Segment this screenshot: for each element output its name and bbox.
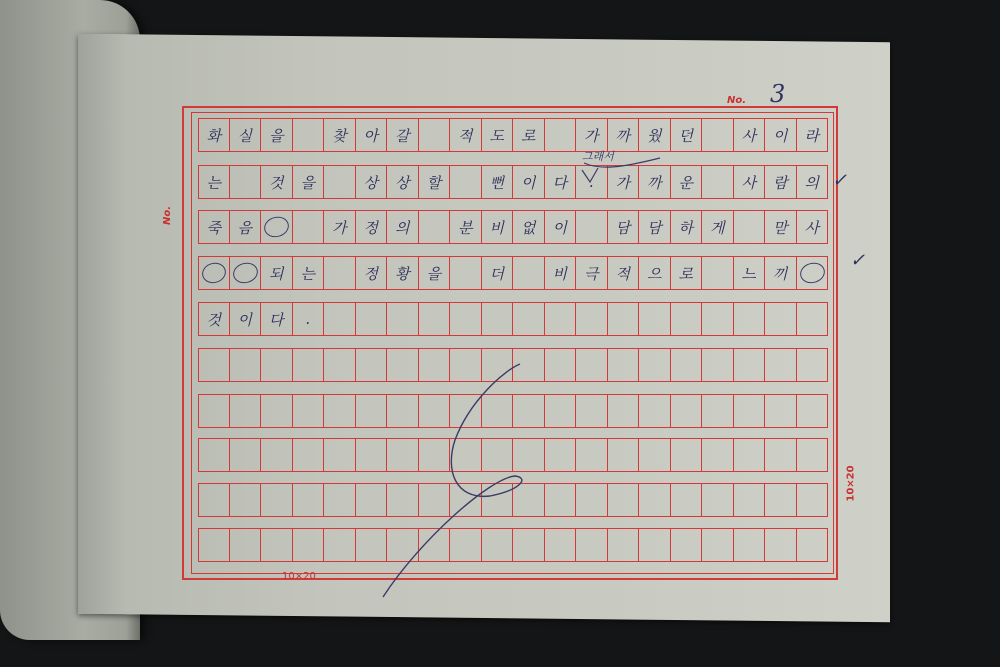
manuscript-sheet: No. 3 No. 화실을찾아갈적도로가까웠던사이라는것을상상할뻔이다.가까운사… [0, 0, 1000, 667]
signature-stroke [0, 0, 1000, 667]
